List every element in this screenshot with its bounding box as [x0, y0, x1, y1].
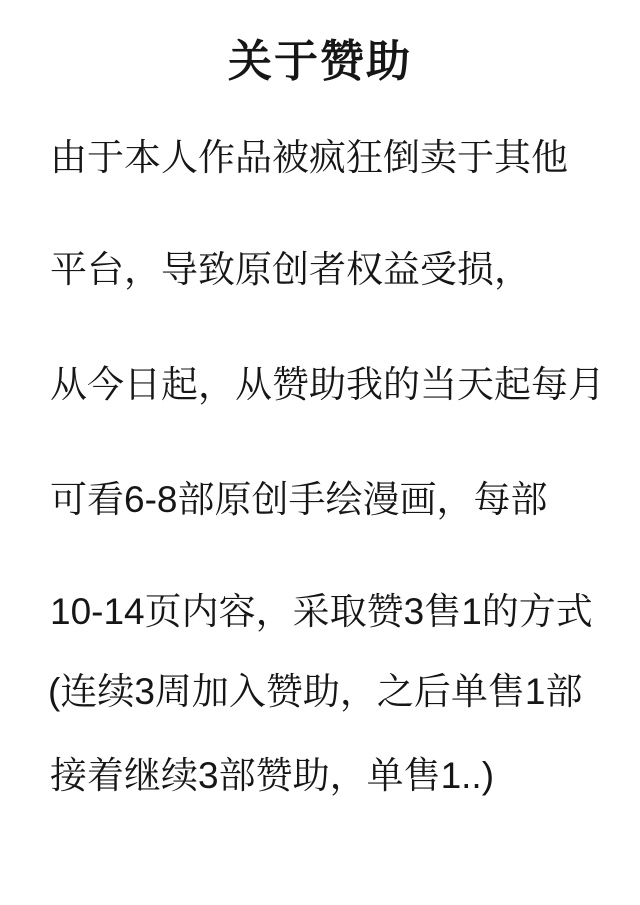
- page-title: 关于赞助: [0, 38, 640, 86]
- text-line: 接着继续3部赞助，单售1..): [50, 755, 494, 798]
- text-line: (连续3周加入赞助，之后单售1部: [48, 671, 582, 714]
- text-line: 平台，导致原创者权益受损，: [50, 249, 531, 292]
- text-line: 可看6-8部原创手绘漫画，每部: [50, 479, 547, 522]
- text-line: 从今日起，从赞助我的当天起每月: [50, 364, 605, 407]
- text-line: 10-14页内容，采取赞3售1的方式: [50, 591, 593, 634]
- notice-page: 关于赞助 由于本人作品被疯狂倒卖于其他 平台，导致原创者权益受损， 从今日起，从…: [0, 0, 640, 905]
- text-line: 由于本人作品被疯狂倒卖于其他: [50, 137, 568, 180]
